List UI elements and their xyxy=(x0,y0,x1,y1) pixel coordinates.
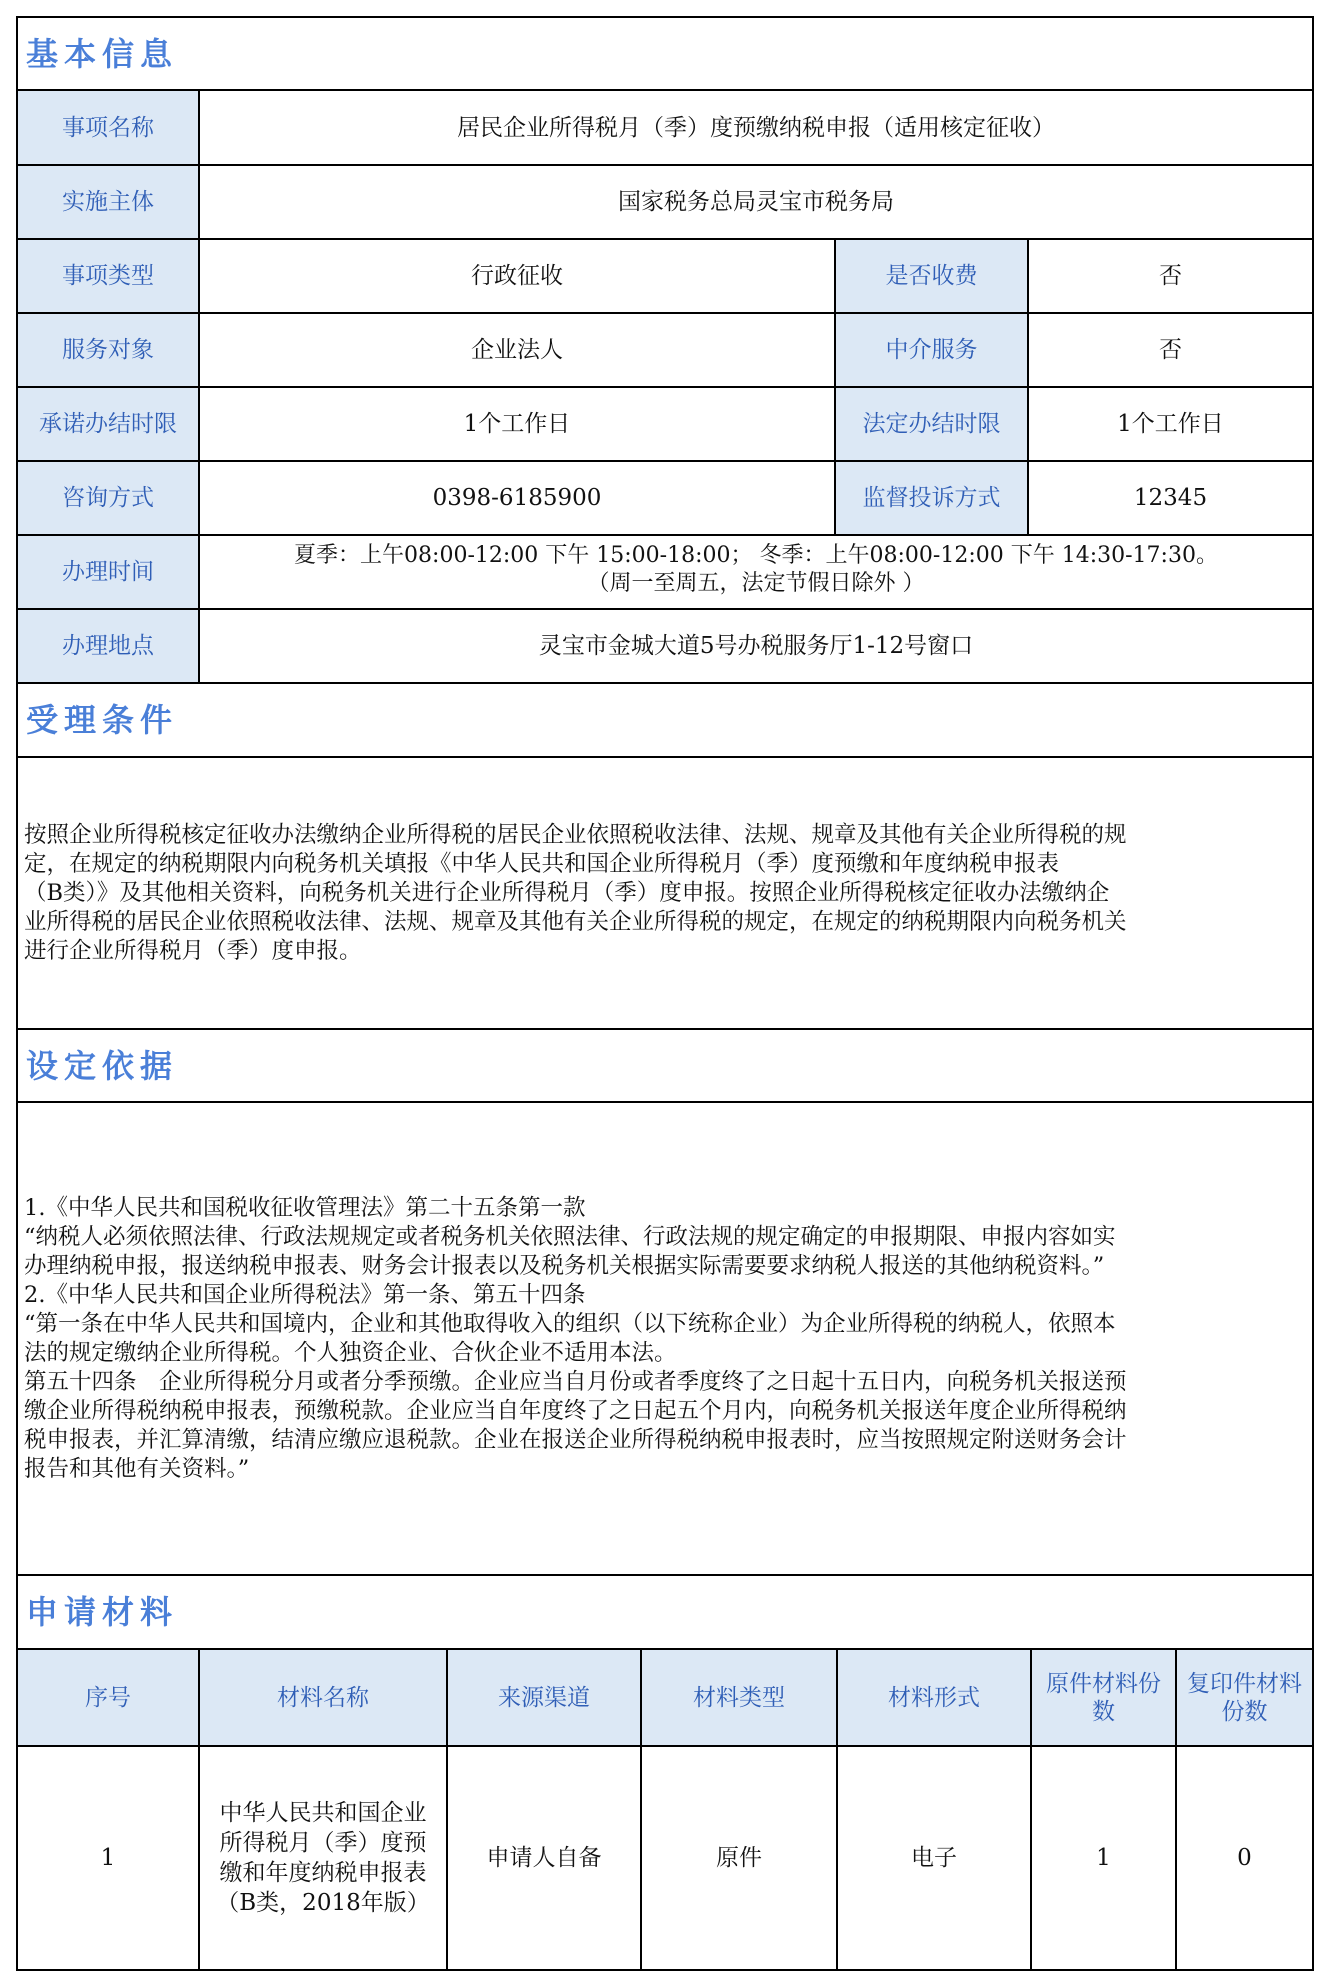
label-item-name: 事项名称 xyxy=(16,89,200,166)
label-promised-time-limit: 承诺办结时限 xyxy=(16,386,200,462)
label-office-hours: 办理时间 xyxy=(16,534,200,610)
materials-header-type: 材料类型 xyxy=(640,1648,838,1747)
materials-row-name: 中华人民共和国企业 所得税月（季）度预 缴和年度纳税申报表 （B类，2018年版… xyxy=(198,1745,448,1971)
label-item-type: 事项类型 xyxy=(16,238,200,314)
label-complaint: 监督投诉方式 xyxy=(834,460,1029,536)
label-intermediary-service: 中介服务 xyxy=(834,312,1029,388)
section-title-text: 基本信息 xyxy=(26,39,178,69)
materials-row-index: 1 xyxy=(16,1745,200,1971)
service-guide-page: 基本信息 事项名称 居民企业所得税月（季）度预缴纳税申报（适用核定征收） 实施主… xyxy=(0,0,1328,1986)
label-implementing-body: 实施主体 xyxy=(16,164,200,240)
office-hours-line: 夏季：上午08:00-12:00 下午 15:00-18:00； 冬季：上午08… xyxy=(294,542,1218,570)
value-office-hours: 夏季：上午08:00-12:00 下午 15:00-18:00； 冬季：上午08… xyxy=(198,534,1314,610)
materials-row-source: 申请人自备 xyxy=(446,1745,642,1971)
materials-row-type: 原件 xyxy=(640,1745,838,1971)
materials-row-original-count: 1 xyxy=(1030,1745,1177,1971)
legal-basis-text: 1.《中华人民共和国税收征收管理法》第二十五条第一款 “纳税人必须依照法律、行政… xyxy=(16,1101,1314,1576)
materials-header-copy-count: 复印件材料 份数 xyxy=(1175,1648,1314,1747)
value-intermediary-service: 否 xyxy=(1027,312,1314,388)
value-fee-charged: 否 xyxy=(1027,238,1314,314)
label-service-target: 服务对象 xyxy=(16,312,200,388)
value-item-type: 行政征收 xyxy=(198,238,836,314)
label-fee-charged: 是否收费 xyxy=(834,238,1029,314)
materials-row-form: 电子 xyxy=(836,1745,1032,1971)
value-implementing-body: 国家税务总局灵宝市税务局 xyxy=(198,164,1314,240)
label-office-location: 办理地点 xyxy=(16,608,200,684)
value-consultation-phone: 0398-6185900 xyxy=(198,460,836,536)
office-hours-note: （周一至周五，法定节假日除外 ） xyxy=(588,570,925,598)
materials-header-original-count: 原件材料份 数 xyxy=(1030,1648,1177,1747)
value-statutory-time-limit: 1个工作日 xyxy=(1027,386,1314,462)
section-title-legal-basis: 设定依据 xyxy=(16,1028,1314,1103)
materials-header-index: 序号 xyxy=(16,1648,200,1747)
materials-row-copy-count: 0 xyxy=(1175,1745,1314,1971)
label-statutory-time-limit: 法定办结时限 xyxy=(834,386,1029,462)
materials-header-name: 材料名称 xyxy=(198,1648,448,1747)
materials-header-form: 材料形式 xyxy=(836,1648,1032,1747)
acceptance-conditions-text: 按照企业所得税核定征收办法缴纳企业所得税的居民企业依照税收法律、法规、规章及其他… xyxy=(16,756,1314,1030)
value-service-target: 企业法人 xyxy=(198,312,836,388)
section-title-basic-info: 基本信息 xyxy=(16,16,1314,91)
value-complaint-phone: 12345 xyxy=(1027,460,1314,536)
value-office-location: 灵宝市金城大道5号办税服务厅1-12号窗口 xyxy=(198,608,1314,684)
materials-header-source: 来源渠道 xyxy=(446,1648,642,1747)
value-item-name: 居民企业所得税月（季）度预缴纳税申报（适用核定征收） xyxy=(198,89,1314,166)
value-promised-time-limit: 1个工作日 xyxy=(198,386,836,462)
section-title-materials: 申请材料 xyxy=(16,1574,1314,1650)
label-consultation: 咨询方式 xyxy=(16,460,200,536)
section-title-acceptance-conditions: 受理条件 xyxy=(16,682,1314,758)
